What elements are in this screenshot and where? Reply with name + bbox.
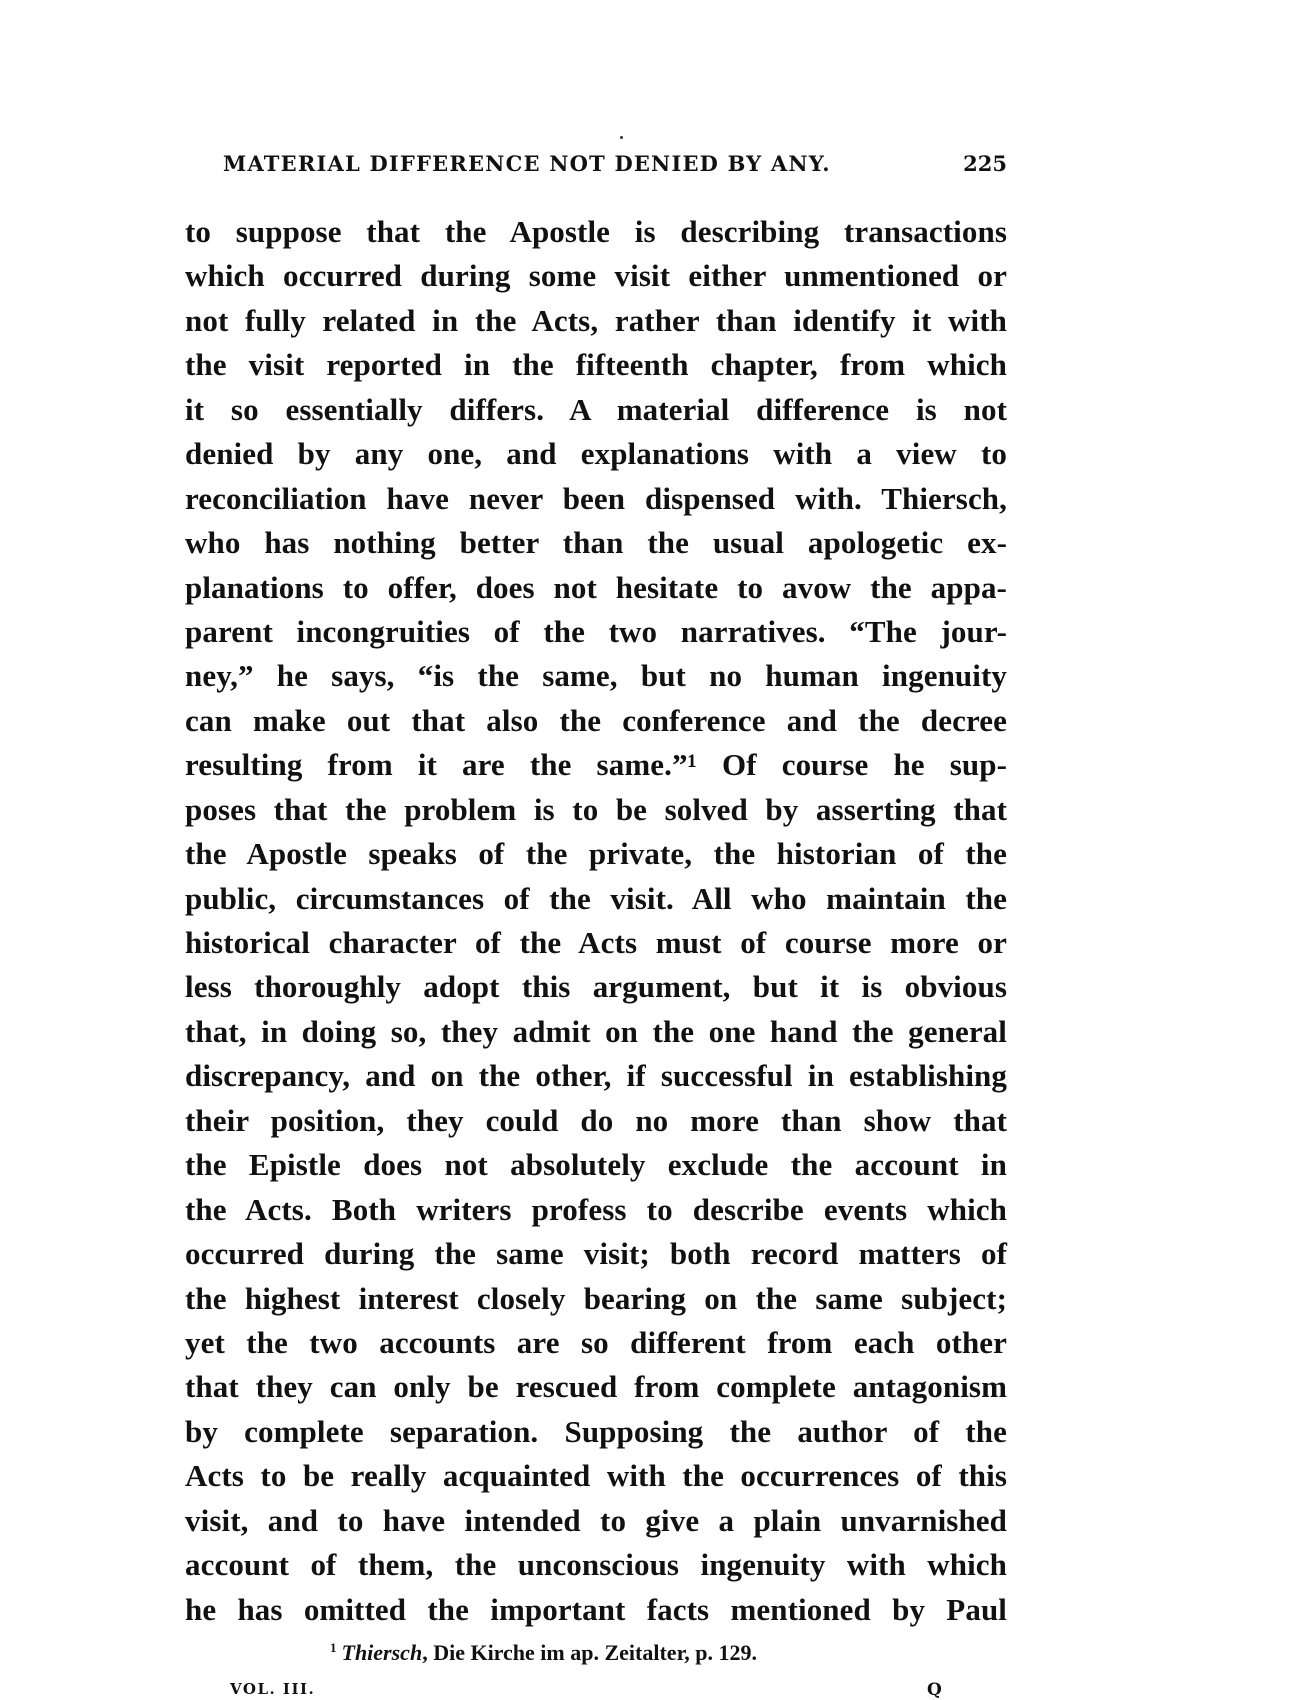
text-line: yet the two accounts are so different fr…	[185, 1321, 1007, 1365]
text-line: their position, they could do no more th…	[185, 1099, 1007, 1143]
text-line: historical character of the Acts must of…	[185, 921, 1007, 965]
text-line: he has omitted the important facts menti…	[185, 1588, 1007, 1632]
running-head-title: MATERIAL DIFFERENCE NOT DENIED BY ANY.	[223, 150, 831, 178]
running-head: MATERIAL DIFFERENCE NOT DENIED BY ANY. 2…	[223, 150, 1007, 178]
text-line: denied by any one, and explanations with…	[185, 432, 1007, 476]
footnote-marker: 1	[330, 1640, 337, 1655]
scan-speck	[620, 136, 623, 139]
text-line: Acts to be really acquainted with the oc…	[185, 1454, 1007, 1498]
text-line: less thoroughly adopt this argument, but…	[185, 965, 1007, 1009]
text-line: parent incongruities of the two narrativ…	[185, 610, 1007, 654]
text-line: occurred during the same visit; both rec…	[185, 1232, 1007, 1276]
text-line: not fully related in the Acts, rather th…	[185, 299, 1007, 343]
signature-line: VOL. III. Q	[0, 1680, 1292, 1700]
text-line: the Apostle speaks of the private, the h…	[185, 832, 1007, 876]
text-line: who has nothing better than the usual ap…	[185, 521, 1007, 565]
text-line: can make out that also the conference an…	[185, 699, 1007, 743]
text-line: it so essentially differs. A material di…	[185, 388, 1007, 432]
volume-label: VOL. III.	[230, 1680, 315, 1698]
text-line: visit, and to have intended to give a pl…	[185, 1499, 1007, 1543]
text-line: to suppose that the Apostle is describin…	[185, 210, 1007, 254]
body-paragraph: to suppose that the Apostle is describin…	[185, 210, 1007, 1632]
text-line: by complete separation. Supposing the au…	[185, 1410, 1007, 1454]
text-line: ney,” he says, “is the same, but no huma…	[185, 654, 1007, 698]
text-line: planations to offer, does not hesitate t…	[185, 566, 1007, 610]
text-line: the highest interest closely bearing on …	[185, 1277, 1007, 1321]
signature-mark: Q	[927, 1680, 943, 1700]
text-line: that, in doing so, they admit on the one…	[185, 1010, 1007, 1054]
text-line: public, circumstances of the visit. All …	[185, 877, 1007, 921]
text-line: discrepancy, and on the other, if succes…	[185, 1054, 1007, 1098]
book-page: MATERIAL DIFFERENCE NOT DENIED BY ANY. 2…	[0, 0, 1292, 1700]
text-line: account of them, the unconscious ingenui…	[185, 1543, 1007, 1587]
footnote-citation: , Die Kirche im ap. Zeitalter, p. 129.	[422, 1640, 757, 1665]
page-number: 225	[963, 150, 1007, 178]
text-line: reconciliation have never been dispensed…	[185, 477, 1007, 521]
text-line: the visit reported in the fifteenth chap…	[185, 343, 1007, 387]
text-line: the Epistle does not absolutely exclude …	[185, 1143, 1007, 1187]
text-line: resulting from it are the same.”¹ Of cou…	[185, 743, 1007, 787]
text-line: the Acts. Both writers profess to descri…	[185, 1188, 1007, 1232]
text-line: poses that the problem is to be solved b…	[185, 788, 1007, 832]
text-line: that they can only be rescued from compl…	[185, 1365, 1007, 1409]
footnote-author: Thiersch	[342, 1640, 423, 1665]
text-line: which occurred during some visit either …	[185, 254, 1007, 298]
footnote: 1Thiersch, Die Kirche im ap. Zeitalter, …	[330, 1640, 850, 1666]
